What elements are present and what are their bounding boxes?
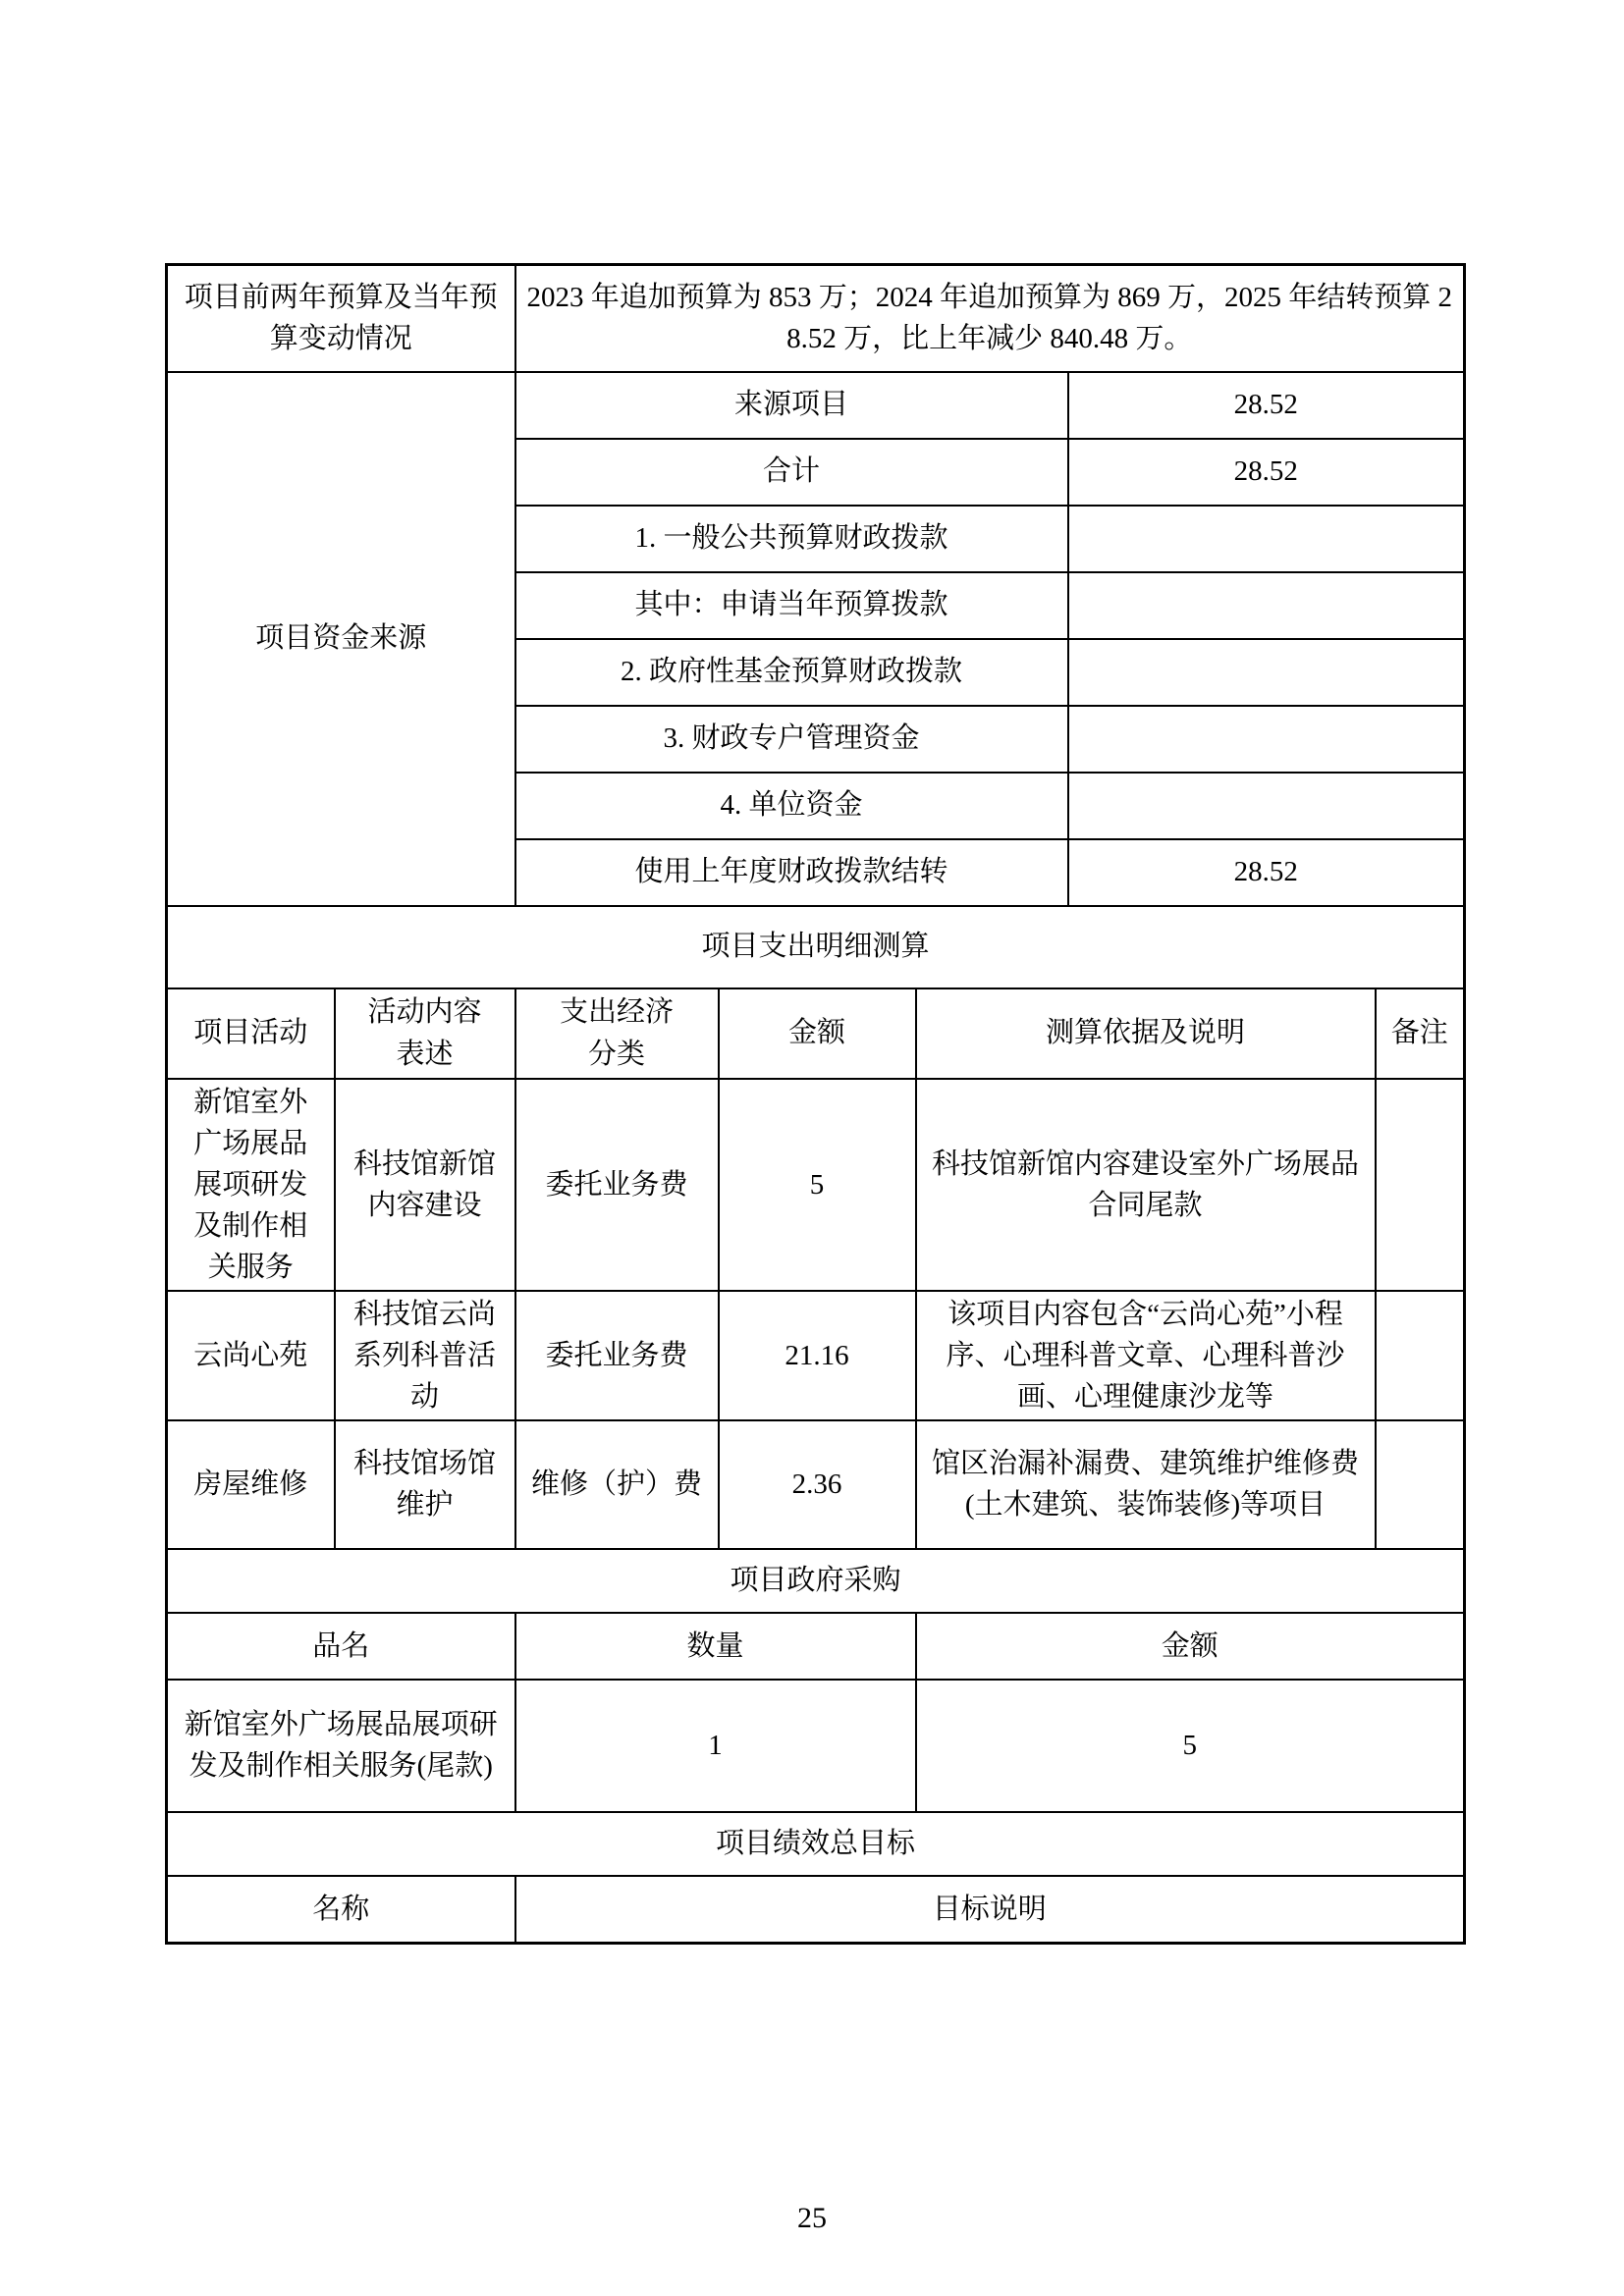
funding-value — [1068, 706, 1465, 773]
expense-basis: 科技馆新馆内容建设室外广场展品合同尾款 — [916, 1079, 1376, 1291]
expense-amount: 21.16 — [719, 1291, 916, 1420]
expense-header-remark: 备注 — [1376, 988, 1465, 1079]
performance-section-title: 项目绩效总目标 — [167, 1812, 1465, 1876]
budget-table: 项目前两年预算及当年预算变动情况 2023 年追加预算为 853 万；2024 … — [165, 263, 1466, 1945]
funding-section-label: 项目资金来源 — [167, 372, 515, 906]
expense-header-activity: 项目活动 — [167, 988, 335, 1079]
expense-section-title: 项目支出明细测算 — [167, 906, 1465, 988]
procurement-row: 新馆室外广场展品展项研发及制作相关服务(尾款) 1 5 — [167, 1680, 1465, 1812]
expense-row: 新馆室外广场展品展项研发及制作相关服务 科技馆新馆内容建设 委托业务费 5 科技… — [167, 1079, 1465, 1291]
expense-econ-class: 委托业务费 — [515, 1079, 719, 1291]
expense-activity: 新馆室外广场展品展项研发及制作相关服务 — [167, 1079, 335, 1291]
procurement-item: 新馆室外广场展品展项研发及制作相关服务(尾款) — [167, 1680, 515, 1812]
funding-name: 来源项目 — [515, 372, 1068, 439]
expense-activity-desc: 科技馆云尚系列科普活动 — [335, 1291, 515, 1420]
expense-header-basis: 测算依据及说明 — [916, 988, 1376, 1079]
funding-value — [1068, 572, 1465, 639]
expense-row: 云尚心苑 科技馆云尚系列科普活动 委托业务费 21.16 该项目内容包含“云尚心… — [167, 1291, 1465, 1420]
expense-econ-class: 委托业务费 — [515, 1291, 719, 1420]
expense-header-row: 项目活动 活动内容表述 支出经济分类 金额 测算依据及说明 备注 — [167, 988, 1465, 1079]
expense-activity: 云尚心苑 — [167, 1291, 335, 1420]
expense-econ-class: 维修（护）费 — [515, 1420, 719, 1549]
budget-history-row: 项目前两年预算及当年预算变动情况 2023 年追加预算为 853 万；2024 … — [167, 265, 1465, 372]
expense-header-econ-class: 支出经济分类 — [515, 988, 719, 1079]
funding-value: 28.52 — [1068, 372, 1465, 439]
expense-remark — [1376, 1079, 1465, 1291]
funding-name: 合计 — [515, 439, 1068, 506]
procurement-header-amount: 金额 — [916, 1613, 1465, 1680]
performance-header-name: 名称 — [167, 1876, 515, 1944]
funding-value: 28.52 — [1068, 839, 1465, 906]
procurement-quantity: 1 — [515, 1680, 916, 1812]
expense-section-header-row: 项目支出明细测算 — [167, 906, 1465, 988]
funding-name: 其中：申请当年预算拨款 — [515, 572, 1068, 639]
expense-remark — [1376, 1291, 1465, 1420]
performance-header-target-desc: 目标说明 — [515, 1876, 1465, 1944]
funding-value — [1068, 773, 1465, 839]
procurement-header-quantity: 数量 — [515, 1613, 916, 1680]
funding-name: 使用上年度财政拨款结转 — [515, 839, 1068, 906]
expense-remark — [1376, 1420, 1465, 1549]
performance-header-row: 名称 目标说明 — [167, 1876, 1465, 1944]
funding-name: 4. 单位资金 — [515, 773, 1068, 839]
expense-basis: 馆区治漏补漏费、建筑维护维修费(土木建筑、装饰装修)等项目 — [916, 1420, 1376, 1549]
funding-value — [1068, 506, 1465, 572]
procurement-section-header-row: 项目政府采购 — [167, 1549, 1465, 1613]
expense-basis: 该项目内容包含“云尚心苑”小程序、心理科普文章、心理科普沙画、心理健康沙龙等 — [916, 1291, 1376, 1420]
funding-name: 3. 财政专户管理资金 — [515, 706, 1068, 773]
funding-row: 项目资金来源 来源项目 28.52 — [167, 372, 1465, 439]
budget-history-content: 2023 年追加预算为 853 万；2024 年追加预算为 869 万，2025… — [515, 265, 1465, 372]
performance-section-header-row: 项目绩效总目标 — [167, 1812, 1465, 1876]
expense-activity-desc: 科技馆新馆内容建设 — [335, 1079, 515, 1291]
procurement-header-row: 品名 数量 金额 — [167, 1613, 1465, 1680]
expense-amount: 5 — [719, 1079, 916, 1291]
expense-row: 房屋维修 科技馆场馆维护 维修（护）费 2.36 馆区治漏补漏费、建筑维护维修费… — [167, 1420, 1465, 1549]
page-number: 25 — [0, 2197, 1624, 2240]
expense-header-amount: 金额 — [719, 988, 916, 1079]
funding-value: 28.52 — [1068, 439, 1465, 506]
funding-name: 1. 一般公共预算财政拨款 — [515, 506, 1068, 572]
expense-header-activity-desc: 活动内容表述 — [335, 988, 515, 1079]
procurement-section-title: 项目政府采购 — [167, 1549, 1465, 1613]
procurement-amount: 5 — [916, 1680, 1465, 1812]
procurement-header-item: 品名 — [167, 1613, 515, 1680]
expense-activity: 房屋维修 — [167, 1420, 335, 1549]
expense-activity-desc: 科技馆场馆维护 — [335, 1420, 515, 1549]
funding-name: 2. 政府性基金预算财政拨款 — [515, 639, 1068, 706]
funding-value — [1068, 639, 1465, 706]
budget-history-label: 项目前两年预算及当年预算变动情况 — [167, 265, 515, 372]
expense-amount: 2.36 — [719, 1420, 916, 1549]
